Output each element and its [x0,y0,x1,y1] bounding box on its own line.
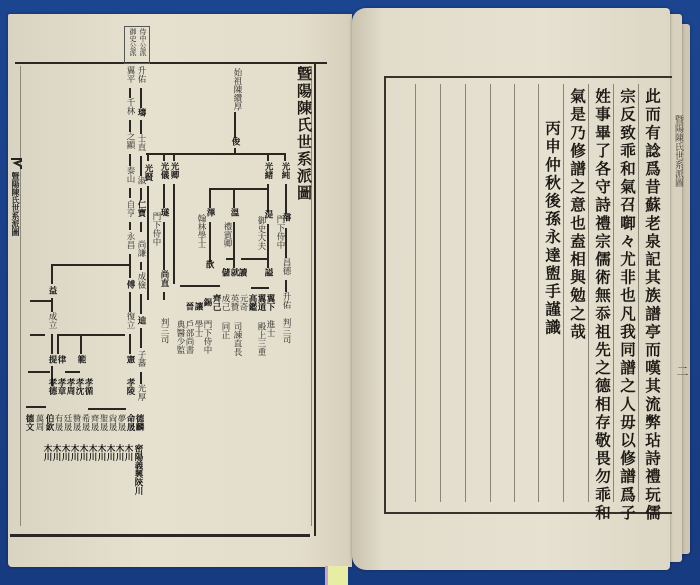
office-note: 典醫少監 [175,320,185,354]
tree-node: 讓 [193,302,203,311]
office-note: 同正 [220,322,230,339]
tree-line [28,371,50,373]
text-column-1: 此而有諗爲昔蘇老泉記其族譜亭而嘆其流弊玷詩禮玩儒 [641,88,663,522]
place-label: 密陽義興陝川 [133,444,143,495]
tree-node: 翼道 [256,294,266,311]
tree-line [285,280,287,292]
tree-node: 德文 [24,414,34,431]
tree-node: 泰山 [125,166,135,183]
left-frame-top-rule [15,62,327,64]
tree-node: 傅 [125,280,135,289]
edge-page-title: 曁陽陳氏世系派圖 [672,115,685,187]
office-note: 進士 [265,320,275,337]
tree-node: 璹 [136,108,146,117]
tree-node: 成己 [220,294,230,311]
tree-node: 千林 [125,98,135,115]
tree-line [140,120,142,134]
tree-node: 溫 [229,208,239,217]
tree-line [65,371,80,373]
column-rule [588,84,589,502]
tree-line [147,186,149,300]
tree-node: 成立 [47,312,57,329]
tree-line [209,188,211,208]
tree-line [129,154,131,166]
column-rule [514,84,515,502]
tree-line [267,224,269,268]
tree-node: 英贊 [229,294,239,311]
tree-line [241,258,268,260]
column-rule [490,84,491,502]
tree-line [140,88,142,108]
tree-node: 升佑 [136,66,146,83]
tree-line [88,408,126,410]
tree-line [26,406,46,408]
tree-line [51,334,53,354]
column-rule [613,84,614,502]
tree-node: 律 [56,355,66,364]
tree-line [285,184,287,214]
column-rule [415,84,416,502]
column-rule [440,84,441,502]
tree-node: 就 [229,268,239,277]
tree-line [129,254,131,278]
office-note: 門下侍中 [275,215,285,249]
tree-node: 萬周 [34,414,44,431]
tree-line [129,120,131,132]
left-frame-bottom-rule [10,534,310,537]
tree-line [147,153,149,161]
tree-line [140,156,142,176]
tree-node: 歆 [204,260,214,269]
tree-line [30,334,45,336]
colophon-column: 丙申仲秋後孫永達盥手謹識 [541,120,563,337]
tree-line [51,264,53,284]
tree-line [51,264,130,266]
header-box-line-1: 侍中公派 [139,28,147,56]
tree-line [140,372,142,384]
tree-node: 孝循 [83,378,93,395]
text-column-4: 氣是乃修譜之意也盍相與勉之哉 [566,88,588,341]
page-title: 曁陽陳氏世系派圖 [297,66,315,202]
tree-line [129,222,131,230]
tree-line [163,153,165,161]
tree-line [163,184,165,208]
office-note: 戶部尚書 [184,320,194,354]
tree-line [51,298,53,312]
tree-node: 永昌 [125,232,135,249]
tree-node: 光儀 [159,162,169,179]
tree-node: 澤 [205,208,215,217]
root-ancestor: 始祖陳纘厚 [232,68,242,111]
office-note: 門下侍中 [202,320,212,354]
tree-line [180,285,220,287]
spine-title: 曁陽陳氏世系派圖 [11,172,22,236]
place-label: 木川 [123,444,133,461]
tree-line [57,334,125,336]
tree-node: 光厚 [136,384,146,401]
office-note: 門下侍中 [151,212,161,246]
tree-line [209,222,211,262]
tree-node: 錫 [202,298,212,307]
tree-line [140,222,142,232]
tree-line [140,328,142,348]
tree-node: 自亨 [125,200,135,217]
office-note: 殿上三重 [256,322,266,356]
tree-node: 益 [47,286,57,295]
tree-node: 德麟 [134,414,144,431]
tree-line [267,184,269,212]
tree-line [173,153,175,161]
column-rule [638,84,639,502]
header-box-line-2: 御史公派 [129,28,137,56]
tree-node: 士直 [136,134,146,151]
tree-line [267,153,269,161]
tree-node: 仁寶 [136,200,146,217]
tree-line [146,153,286,155]
office-note: 禮賓卿 [222,222,232,248]
tree-node: 高鑑 [247,294,257,311]
tree-node: 光純 [280,162,290,179]
text-column-3: 姓事畢了各守詩禮宗儒術無忝祖先之德相存敬畏勿乖和 [591,88,613,522]
tree-line [140,262,142,270]
column-rule [538,84,539,502]
edge-page-number: 二 [674,365,691,377]
tree-node: 翼平 [125,66,135,83]
tree-node: 迪 [136,316,146,325]
tree-node: 尚謙 [136,240,146,257]
fishtail-mark-icon [10,155,22,167]
tree-line [233,188,235,208]
tree-node: 謚 [263,268,273,277]
tree-line [129,188,131,198]
tree-node: 尚直 [159,270,169,287]
tree-line [173,184,175,284]
tree-node: 俊 [230,137,240,146]
tree-line [251,287,269,289]
office-note: 學士 [193,320,203,337]
tree-node: 範 [76,355,86,364]
tree-line [234,112,236,138]
tree-line [129,292,131,312]
tree-line [163,292,165,300]
tree-node: 淑 [136,176,146,185]
tree-node: 之顯 [125,132,135,149]
office-note: 司諫直長 [232,322,242,356]
office-note: 翰林學士 [196,214,206,248]
tree-node: 子蕃 [136,350,146,367]
tree-node: 齊己 [211,294,221,311]
tree-node: 元奇 [238,294,248,311]
text-column-2: 宗反致乖和氣召啣々尤非也凡我同譜之人毋以修譜爲子 [616,88,638,522]
tree-line [140,188,142,200]
tree-node: 復立 [125,312,135,329]
bookmark-tab[interactable] [325,566,348,585]
tree-node: 憲 [125,355,135,364]
tree-line [140,294,142,314]
tree-line [233,222,235,268]
tree-line [163,222,165,270]
tree-line [80,334,82,354]
tree-node: 昌德 [281,258,291,275]
tree-node: 晉 [184,302,194,311]
tree-node: 光卿 [169,162,179,179]
office-note: 判三司 [159,318,169,344]
tree-node: 成儉 [136,272,146,289]
tree-node: 儲 [220,268,230,277]
tree-line [129,334,131,354]
tree-line [57,334,59,354]
tree-node: 升佑 [281,292,291,309]
tree-line [30,300,52,302]
branch-header-box: 侍中公派 御史公派 [124,26,150,64]
tree-line [129,88,131,98]
office-note: 判三司 [281,318,291,344]
tree-line [285,228,287,258]
tree-node: 翼下 [265,294,275,311]
column-rule [465,84,466,502]
tree-node: 孝陵 [125,378,135,395]
tree-line [209,188,267,190]
office-note: 御史大夫 [256,216,266,250]
tree-line [284,153,286,161]
column-rule [563,84,564,502]
tree-node: 光緒 [263,162,273,179]
tree-line [226,258,234,260]
